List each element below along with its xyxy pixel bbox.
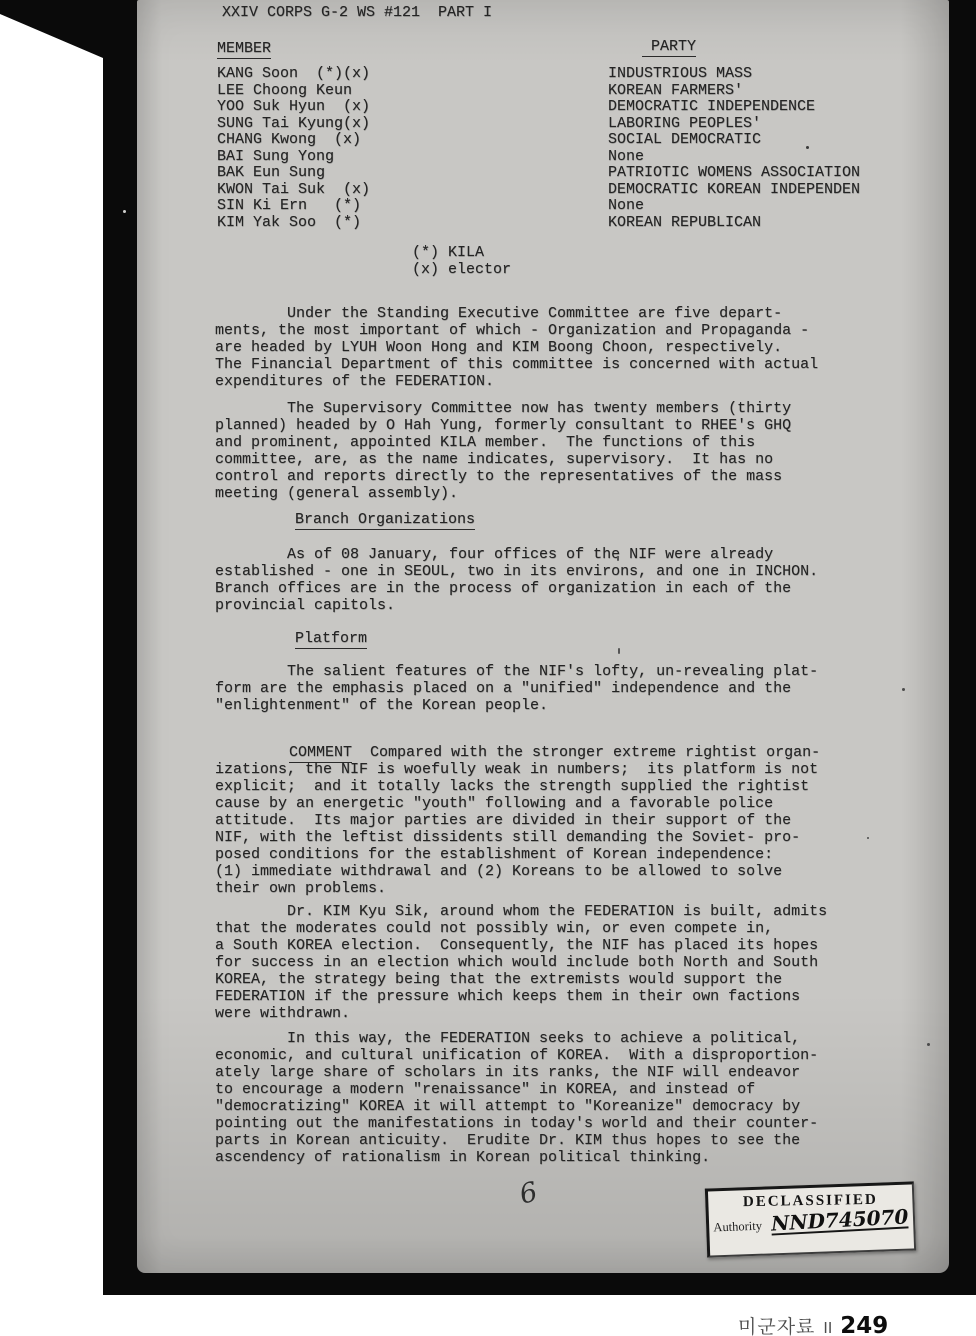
party-name: SOCIAL DEMOCRATIC: [608, 131, 917, 148]
party-name: DEMOCRATIC INDEPENDENCE: [608, 98, 917, 115]
paragraph-branch-offices: As of 08 January, four offices of the NI…: [215, 546, 818, 614]
document-page: XXIV CORPS G-2 WS #121 PART I MEMBER PAR…: [137, 0, 949, 1273]
member-name: LEE Choong Keun: [217, 82, 608, 99]
book-footer-caption: 미군자료 II 249: [738, 1312, 888, 1336]
paragraph-platform: The salient features of the NIF's lofty,…: [215, 663, 818, 714]
party-name: LABORING PEOPLES': [608, 115, 917, 132]
caption-page: 249: [840, 1313, 888, 1336]
party-name: PATRIOTIC WOMENS ASSOCIATION: [608, 164, 917, 181]
roster-row: KANG Soon (*)(x) INDUSTRIOUS MASS: [217, 65, 917, 82]
platform-heading: Platform: [295, 630, 367, 647]
party-column-header: PARTY: [642, 38, 696, 55]
ink-speck: [902, 688, 905, 691]
roster-legend: (*) KILA (x) elector: [412, 245, 511, 278]
roster-row: YOO Suk Hyun (x) DEMOCRATIC INDEPENDENCE: [217, 98, 917, 115]
ink-speck: [617, 556, 619, 561]
paragraph-executive-committee: Under the Standing Executive Committee a…: [215, 305, 818, 390]
roster-row: KIM Yak Soo (*) KOREAN REPUBLICAN: [217, 214, 917, 231]
page-number: 6: [517, 1176, 541, 1210]
branch-organizations-heading: Branch Organizations: [295, 511, 475, 528]
document-header: XXIV CORPS G-2 WS #121 PART I: [222, 4, 492, 21]
declassified-stamp: DECLASSIFIED Authority NND745070: [705, 1181, 916, 1257]
caption-volume: II: [823, 1319, 832, 1336]
roster-row: SUNG Tai Kyung(x) LABORING PEOPLES': [217, 115, 917, 132]
comment-text: Compared with the stronger extreme right…: [215, 744, 820, 897]
declassified-stamp-authority: Authority NND745070: [709, 1207, 914, 1236]
ink-speck: [806, 146, 809, 149]
roster-row: CHANG Kwong (x) SOCIAL DEMOCRATIC: [217, 131, 917, 148]
authority-label: Authority: [713, 1219, 762, 1235]
party-name: DEMOCRATIC KOREAN INDEPENDEN: [608, 181, 917, 198]
member-name: SIN Ki Ern (*): [217, 197, 608, 214]
member-name: YOO Suk Hyun (x): [217, 98, 608, 115]
roster-row: BAI Sung Yong None: [217, 148, 917, 165]
authority-handwritten-number: NND745070: [771, 1206, 909, 1235]
member-name: BAI Sung Yong: [217, 148, 608, 165]
ink-speck: [618, 648, 620, 654]
dust-speck: [123, 210, 126, 213]
paragraph-comment: COMMENT Compared with the stronger extre…: [215, 744, 820, 897]
party-name: KOREAN REPUBLICAN: [608, 214, 917, 231]
party-name: None: [608, 197, 917, 214]
party-name: KOREAN FARMERS': [608, 82, 917, 99]
member-column-header: MEMBER: [217, 40, 271, 57]
roster-row: LEE Choong Keun KOREAN FARMERS': [217, 82, 917, 99]
member-name: CHANG Kwong (x): [217, 131, 608, 148]
party-name: None: [608, 148, 917, 165]
roster-row: BAK Eun Sung PATRIOTIC WOMENS ASSOCIATIO…: [217, 164, 917, 181]
caption-series: 미군자료: [738, 1312, 815, 1336]
member-name: KIM Yak Soo (*): [217, 214, 608, 231]
scanned-document-photo: XXIV CORPS G-2 WS #121 PART I MEMBER PAR…: [0, 0, 976, 1336]
member-name: SUNG Tai Kyung(x): [217, 115, 608, 132]
paragraph-kim-kyu-sik: Dr. KIM Kyu Sik, around whom the FEDERAT…: [215, 903, 827, 1022]
ink-speck: [927, 1043, 930, 1046]
member-name: KWON Tai Suk (x): [217, 181, 608, 198]
paragraph-unification: In this way, the FEDERATION seeks to ach…: [215, 1030, 818, 1166]
roster-row: SIN Ki Ern (*) None: [217, 197, 917, 214]
ink-speck: [867, 837, 869, 839]
party-name: INDUSTRIOUS MASS: [608, 65, 917, 82]
paragraph-supervisory-committee: The Supervisory Committee now has twenty…: [215, 400, 791, 502]
roster-rows: KANG Soon (*)(x) INDUSTRIOUS MASS LEE Ch…: [217, 65, 917, 230]
member-name: BAK Eun Sung: [217, 164, 608, 181]
member-name: KANG Soon (*)(x): [217, 65, 608, 82]
roster-row: KWON Tai Suk (x) DEMOCRATIC KOREAN INDEP…: [217, 181, 917, 198]
